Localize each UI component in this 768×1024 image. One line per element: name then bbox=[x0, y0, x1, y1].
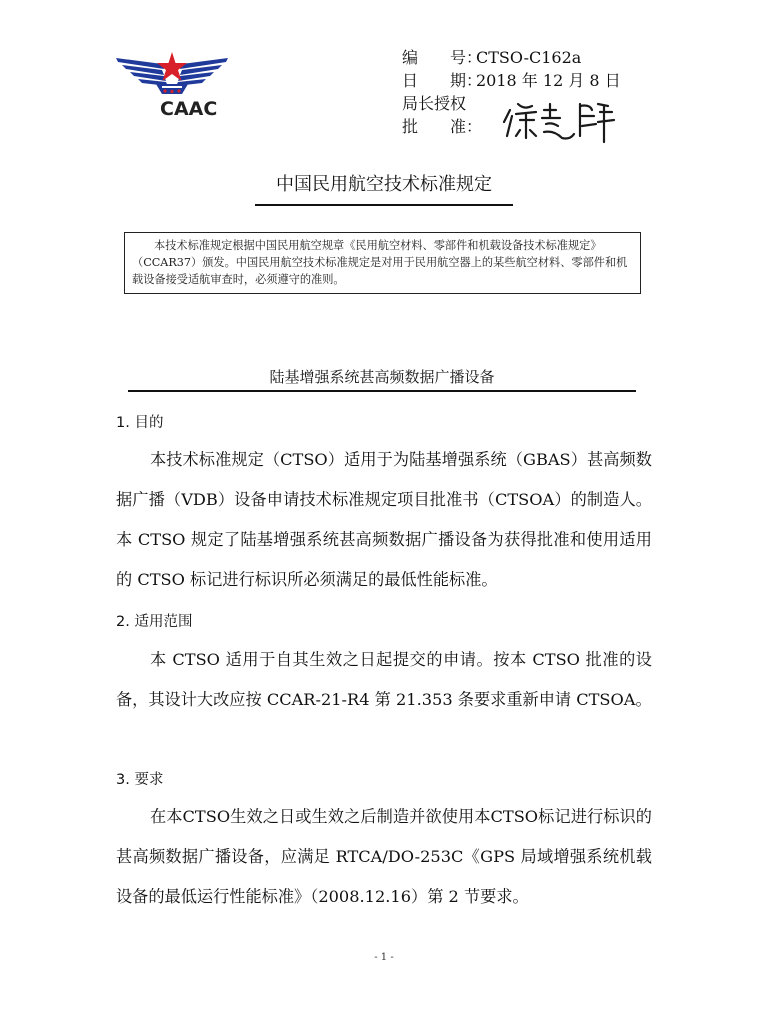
title-divider bbox=[255, 204, 513, 206]
meta-label: 局长授权 bbox=[402, 92, 476, 115]
signature-icon bbox=[500, 96, 620, 146]
caac-winged-star-logo-icon bbox=[112, 48, 232, 98]
page-number: - 1 - bbox=[364, 952, 404, 963]
subtitle-divider bbox=[128, 390, 636, 392]
paragraph: 本技术标准规定（CTSO）适用于为陆基增强系统（GBAS）甚高频数据广播（VDB… bbox=[116, 440, 652, 600]
notice-box: 本技术标准规定根据中国民用航空规章《民用航空材料、零部件和机载设备技术标准规定》… bbox=[124, 232, 641, 294]
meta-label: 日 期： bbox=[402, 69, 476, 92]
paragraph: 在本CTSO生效之日或生效之后制造并欲使用本CTSO标记进行标识的甚高频数据广播… bbox=[116, 797, 652, 917]
section-body-scope: 本 CTSO 适用于自其生效之日起提交的申请。按本 CTSO 批准的设备，其设计… bbox=[116, 640, 652, 720]
section-body-purpose: 本技术标准规定（CTSO）适用于为陆基增强系统（GBAS）甚高频数据广播（VDB… bbox=[116, 440, 652, 600]
meta-row-number: 编 号： CTSO-C162a bbox=[402, 46, 621, 69]
page-title: 中国民用航空技术标准规定 bbox=[258, 170, 510, 196]
meta-value-date: 2018 年 12 月 8 日 bbox=[476, 69, 621, 92]
section-heading-purpose: 1. 目的 bbox=[116, 411, 163, 432]
section-heading-requirements: 3. 要求 bbox=[116, 768, 163, 789]
notice-text: 本技术标准规定根据中国民用航空规章《民用航空材料、零部件和机载设备技术标准规定》… bbox=[132, 237, 633, 288]
logo-text: CAAC bbox=[160, 98, 217, 120]
meta-value-number: CTSO-C162a bbox=[476, 46, 581, 69]
paragraph: 本 CTSO 适用于自其生效之日起提交的申请。按本 CTSO 批准的设备，其设计… bbox=[116, 640, 652, 720]
section-body-requirements: 在本CTSO生效之日或生效之后制造并欲使用本CTSO标记进行标识的甚高频数据广播… bbox=[116, 797, 652, 917]
meta-row-date: 日 期： 2018 年 12 月 8 日 bbox=[402, 69, 621, 92]
caac-logo: CAAC bbox=[112, 48, 232, 128]
meta-label: 编 号： bbox=[402, 46, 476, 69]
section-heading-scope: 2. 适用范围 bbox=[116, 610, 192, 631]
meta-label: 批 准： bbox=[402, 115, 476, 138]
document-subtitle: 陆基增强系统甚高频数据广播设备 bbox=[128, 366, 636, 387]
handwritten-signature bbox=[500, 96, 620, 146]
